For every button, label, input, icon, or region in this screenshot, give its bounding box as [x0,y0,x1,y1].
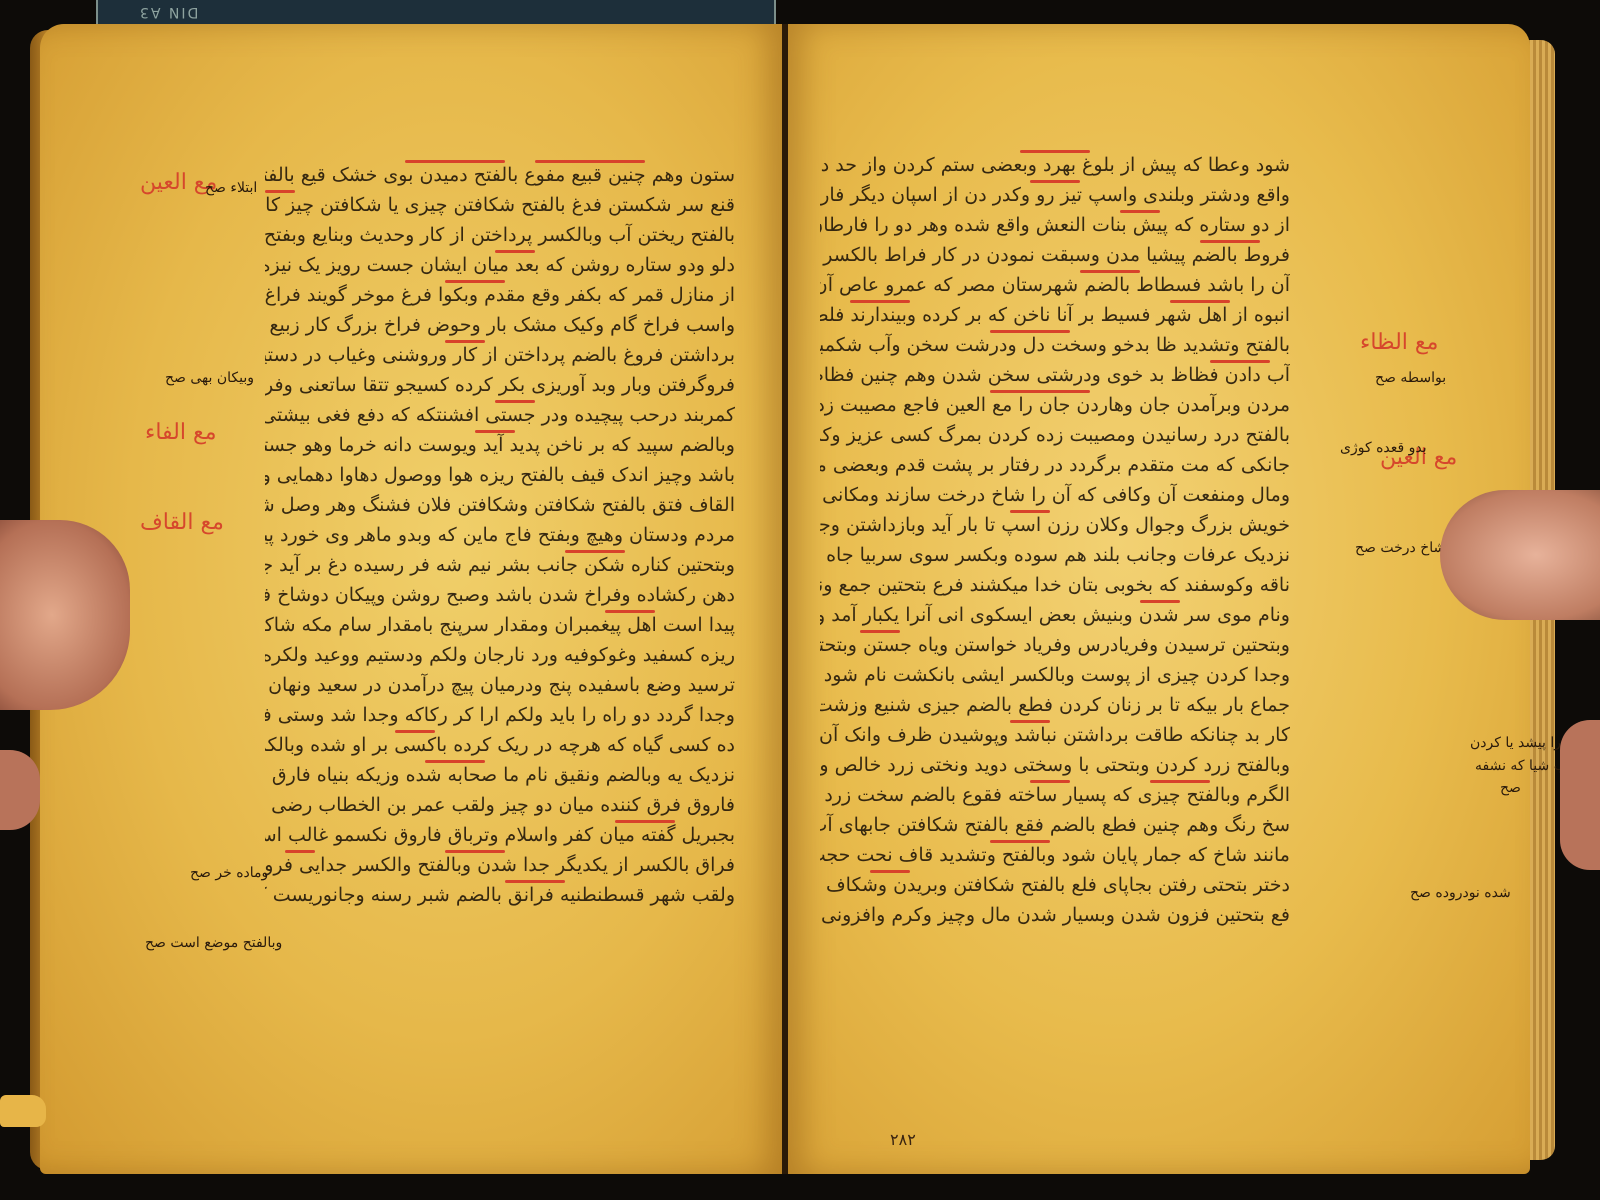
line-text: وبالفتح زرد کردن وبتحتی با وسختی دوید ون… [820,750,1290,780]
line-text: باشد وچیز اندک قیف بالفتح ریزه هوا ووصول… [265,460,735,490]
red-overline [1170,300,1230,303]
line-text: قنع سر شکستن فدغ بالفتح شکافتن چیزی یا ش… [265,190,735,220]
line-text: انبوه از اهل شهر فسیط بر آنا ناخن که بر … [820,300,1290,330]
line-text: آن را باشد فسطاط بالضم شهرستان مصر که عم… [820,270,1290,300]
line-text: فع بتحتین فزون شدن وبسیار شدن مال وچیز و… [820,900,1290,930]
manuscript-line: وبالضم سپید که بر ناخن پدید آید ویوست دا… [265,430,735,460]
line-text: واقع ودشتر وبلندی واسپ تیز رو وکدر دن از… [820,180,1290,210]
margin-gloss: صح [1500,780,1521,796]
line-text: کمربند درحب پیچیده ودر جستی افشنتکه که د… [265,400,735,430]
manuscript-line: وجدا کردن چیزی از پوست وبالکسر ایشی بانک… [820,660,1290,690]
red-overline [990,330,1070,333]
manuscript-line: ولقب شهر قسطنطنیه فرانق بالضم شبر رسنه و… [265,880,735,910]
line-text: دلو ودو ستاره روشن که بعد میان ایشان جست… [265,250,735,280]
manuscript-line: دختر بتحتی رفتن بجاپای فلع بالفتح شکافتن… [820,870,1290,900]
manuscript-line: آب دادن فظاظ بد خوی ودرشتی سخن شدن وهم چ… [820,360,1290,390]
line-text: ولقب شهر قسطنطنیه فرانق بالضم شبر رسنه و… [265,880,735,910]
hand-left-finger [0,750,40,830]
hand-left-thumb [0,520,130,710]
manuscript-line: شود وعطا که پیش از بلوغ بهرد وبعضی ستم ک… [820,150,1290,180]
line-text: دختر بتحتی رفتن بجاپای فلع بالفتح شکافتن… [820,870,1290,900]
manuscript-line: پیدا است اهل پیغمبران ومقدار سرپنج بامقد… [265,610,735,640]
gutter [782,24,788,1174]
manuscript-line: خویش بزرگ وجوال وکلان رزن اسپ تا بار آید… [820,510,1290,540]
red-overline [1080,270,1140,273]
line-text: بالفتح ریختن آب وبالکسر پرداختن از کار و… [265,220,735,250]
red-overline [495,400,535,403]
red-overline [1210,360,1270,363]
line-text: وبالضم سپید که بر ناخن پدید آید ویوست دا… [265,430,735,460]
line-text: جماع بار بیکه تا بر زنان کردن فطع بالضم … [820,690,1290,720]
line-text: ده کسی گیاه که هرچه در ریک کرده باکسی بر… [265,730,735,760]
manuscript-line: مانند شاخ که جمار پایان شود وبالفتح وتشد… [820,840,1290,870]
red-overline [395,730,435,733]
manuscript-line: واسب فراخ گام وکیک مشک بار وحوض فراخ بزر… [265,310,735,340]
red-overline [505,880,565,883]
line-text: فروط بالضم پیشیا مدن وسبقت نمودن در کار … [820,240,1290,270]
left-page-text: ستون وهم چنین قبیع مفوع بالفتح دمیدن بوی… [265,160,735,1080]
manuscript-line: فراق بالکسر از یکدیگر جدا شدن وبالفتح وا… [265,850,735,880]
red-overline [445,340,485,343]
folio-number: ۲۸۲ [890,1130,916,1149]
line-text: واسب فراخ گام وکیک مشک بار وحوض فراخ بزر… [265,310,735,340]
manuscript-line: وجدا گردد دو راه را باید ولکم ارا کر رکا… [265,700,735,730]
manuscript-line: وبالفتح زرد کردن وبتحتی با وسختی دوید ون… [820,750,1290,780]
red-overline [285,850,315,853]
line-text: ونام موی سر شدن وبنیش بعض ایسکوی انی آنر… [820,600,1290,630]
red-overline [445,280,505,283]
line-text: ستون وهم چنین قبیع مفوع بالفتح دمیدن بوی… [265,160,735,190]
hand-right-thumb [1440,490,1600,620]
manuscript-line: ریزه کسفید وغوکوفیه ورد نارجان ولکم ودست… [265,640,735,670]
manuscript-line: برداشتن فروغ بالضم پرداختن از کار وروشنی… [265,340,735,370]
line-text: بالفتح وتشدید ظا بدخو وسخت دل ودرشت سخن … [820,330,1290,360]
line-text: بجبریل گفته میان کفر واسلام وترباق فاروق… [265,820,735,850]
right-page-text: شود وعطا که پیش از بلوغ بهرد وبعضی ستم ک… [820,150,1290,1070]
manuscript-line: از دو ستاره که پیش بنات النعش واقع شده و… [820,210,1290,240]
manuscript-line: بالفتح درد رسانیدن ومصیبت زده کردن بمرگ … [820,420,1290,450]
line-text: بالفتح درد رسانیدن ومصیبت زده کردن بمرگ … [820,420,1290,450]
manuscript-line: باشد وچیز اندک قیف بالفتح ریزه هوا ووصول… [265,460,735,490]
manuscript-line: ناقه وکوسفند که بخوبی بتان خدا میکشند فر… [820,570,1290,600]
red-overline [1010,510,1050,513]
red-overline [1020,150,1090,153]
line-text: پیدا است اهل پیغمبران ومقدار سرپنج بامقد… [265,610,735,640]
line-text: کار بد چنانکه طاقت برداشتن نباشد وپوشیدن… [820,720,1290,750]
red-overline [1030,780,1070,783]
red-overline [1150,780,1210,783]
manuscript-line: نزدیک عرفات وجانب بلند هم سوده وبکسر سوی… [820,540,1290,570]
manuscript-line: انبوه از اهل شهر فسیط بر آنا ناخن که بر … [820,300,1290,330]
margin-heading: مع الظاء [1360,330,1438,355]
margin-gloss: ابتلاء صح [205,180,257,196]
manuscript-line: جانکی که مت متقدم برگردد در رفتار بر پشت… [820,450,1290,480]
red-overline [425,760,485,763]
manuscript-line: بالفتح وتشدید ظا بدخو وسخت دل ودرشت سخن … [820,330,1290,360]
line-text: دهن رکشاده وفراخ شدن باشد وصبح روشن وپیک… [265,580,735,610]
stamp-fragment [0,1095,46,1127]
line-text: از دو ستاره که پیش بنات النعش واقع شده و… [820,210,1290,240]
line-text: ریزه کسفید وغوکوفیه ورد نارجان ولکم ودست… [265,640,735,670]
manuscript-line: جماع بار بیکه تا بر زنان کردن فطع بالضم … [820,690,1290,720]
line-text: ترسید وضع باسفیده پنج ودرمیان پیچ درآمدن… [265,670,735,700]
line-text: مردن وبرآمدن جان وهاردن جان را مع العین … [820,390,1290,420]
line-text: فروگرفتن وبار وبد آوریزی بکر کرده کسیجو … [265,370,735,400]
line-text: نزدیک یه وبالضم ونقیق نام ما صحابه شده و… [265,760,735,790]
manuscript-line: بالفتح ریختن آب وبالکسر پرداختن از کار و… [265,220,735,250]
red-overline [615,820,675,823]
manuscript-line: ده کسی گیاه که هرچه در ریک کرده باکسی بر… [265,730,735,760]
red-overline [870,870,910,873]
margin-gloss: بدو قعده کوژی [1340,440,1427,456]
manuscript-line: ونام موی سر شدن وبنیش بعض ایسکوی انی آنر… [820,600,1290,630]
margin-gloss: وبالفتح موضع است صح [145,935,282,951]
manuscript-line: القاف فتق بالفتح شکافتن وشکافتن فلان فشن… [265,490,735,520]
shelf-label-text: DIN A3 [138,4,198,20]
line-text: فاروق فرق کننده میان دو چیز ولقب عمر بن … [265,790,735,820]
manuscript-line: کمربند درحب پیچیده ودر جستی افشنتکه که د… [265,400,735,430]
line-text: خویش بزرگ وجوال وکلان رزن اسپ تا بار آید… [820,510,1290,540]
red-overline [1140,600,1180,603]
red-overline [475,430,515,433]
manuscript-line: ومال ومنفعت آن وکافی که آن را شاخ درخت س… [820,480,1290,510]
margin-gloss: شده نودروده صح [1410,885,1511,901]
line-text: القاف فتق بالفتح شکافتن وشکافتن فلان فشن… [265,490,735,520]
red-overline [1030,180,1080,183]
line-text: ومال ومنفعت آن وکافی که آن را شاخ درخت س… [820,480,1290,510]
red-overline [1010,720,1050,723]
margin-gloss: وبیکان بهی صح [165,370,254,386]
red-overline [405,160,505,163]
hand-right-finger [1560,720,1600,870]
margin-gloss: وماده خر صح [190,865,268,881]
red-overline [1200,240,1260,243]
line-text: سخ رنگ وهم چنین فطع بالضم فقع بالفتح شکا… [820,810,1290,840]
manuscript-line: فع بتحتین فزون شدن وبسیار شدن مال وچیز و… [820,900,1290,930]
manuscript-line: بجبریل گفته میان کفر واسلام وترباق فاروق… [265,820,735,850]
red-overline [990,840,1050,843]
red-overline [445,850,505,853]
manuscript-line: فروگرفتن وبار وبد آوریزی بکر کرده کسیجو … [265,370,735,400]
manuscript-line: قنع سر شکستن فدغ بالفتح شکافتن چیزی یا ش… [265,190,735,220]
red-overline [535,160,645,163]
manuscript-line: نزدیک یه وبالضم ونقیق نام ما صحابه شده و… [265,760,735,790]
line-text: فراق بالکسر از یکدیگر جدا شدن وبالفتح وا… [265,850,735,880]
manuscript-line: فاروق فرق کننده میان دو چیز ولقب عمر بن … [265,790,735,820]
manuscript-line: آن را باشد فسطاط بالضم شهرستان مصر که عم… [820,270,1290,300]
manuscript-line: ستون وهم چنین قبیع مفوع بالفتح دمیدن بوی… [265,160,735,190]
line-text: مردم ودستان وهیچ وبفتح فاج ماین که وبدو … [265,520,735,550]
manuscript-line: وبتحتین کناره شکن جانب بشر نیم شه فر رسی… [265,550,735,580]
red-overline [860,630,900,633]
red-overline [850,300,910,303]
red-overline [1120,210,1160,213]
line-text: برداشتن فروغ بالضم پرداختن از کار وروشنی… [265,340,735,370]
line-text: وبتحتین ترسیدن وفریادرس وفریاد خواستن وی… [820,630,1290,660]
manuscript-line: وبتحتین ترسیدن وفریادرس وفریاد خواستن وی… [820,630,1290,660]
manuscript-line: از منازل قمر که بکفر وقع مقدم وبکوا فرغ … [265,280,735,310]
margin-heading: مع القاف [140,510,224,535]
manuscript-line: فروط بالضم پیشیا مدن وسبقت نمودن در کار … [820,240,1290,270]
line-text: وجدا کردن چیزی از پوست وبالکسر ایشی بانک… [820,660,1290,690]
red-overline [565,550,625,553]
red-overline [265,190,295,193]
manuscript-line: دلو ودو ستاره روشن که بعد میان ایشان جست… [265,250,735,280]
line-text: شود وعطا که پیش از بلوغ بهرد وبعضی ستم ک… [820,150,1290,180]
margin-gloss: بواسطه صح [1375,370,1446,386]
manuscript-line: واقع ودشتر وبلندی واسپ تیز رو وکدر دن از… [820,180,1290,210]
red-overline [990,390,1090,393]
manuscript-line: کار بد چنانکه طاقت برداشتن نباشد وپوشیدن… [820,720,1290,750]
line-text: جانکی که مت متقدم برگردد در رفتار بر پشت… [820,450,1290,480]
margin-heading: مع الفاء [145,420,216,445]
line-text: نزدیک عرفات وجانب بلند هم سوده وبکسر سوی… [820,540,1290,570]
line-text: الگرم وبالفتح چیزی که پسیار ساخته فقوع ب… [820,780,1290,810]
manuscript-line: ترسید وضع باسفیده پنج ودرمیان پیچ درآمدن… [265,670,735,700]
line-text: مانند شاخ که جمار پایان شود وبالفتح وتشد… [820,840,1290,870]
manuscript-line: مردم ودستان وهیچ وبفتح فاج ماین که وبدو … [265,520,735,550]
line-text: وبتحتین کناره شکن جانب بشر نیم شه فر رسی… [265,550,735,580]
red-overline [605,610,655,613]
manuscript-line: سخ رنگ وهم چنین فطع بالضم فقع بالفتح شکا… [820,810,1290,840]
red-overline [495,250,535,253]
manuscript-line: مردن وبرآمدن جان وهاردن جان را مع العین … [820,390,1290,420]
line-text: ناقه وکوسفند که بخوبی بتان خدا میکشند فر… [820,570,1290,600]
line-text: وجدا گردد دو راه را باید ولکم ارا کر رکا… [265,700,735,730]
line-text: آب دادن فظاظ بد خوی ودرشتی سخن شدن وهم چ… [820,360,1290,390]
line-text: از منازل قمر که بکفر وقع مقدم وبکوا فرغ … [265,280,735,310]
manuscript-line: الگرم وبالفتح چیزی که پسیار ساخته فقوع ب… [820,780,1290,810]
manuscript-line: دهن رکشاده وفراخ شدن باشد وصبح روشن وپیک… [265,580,735,610]
